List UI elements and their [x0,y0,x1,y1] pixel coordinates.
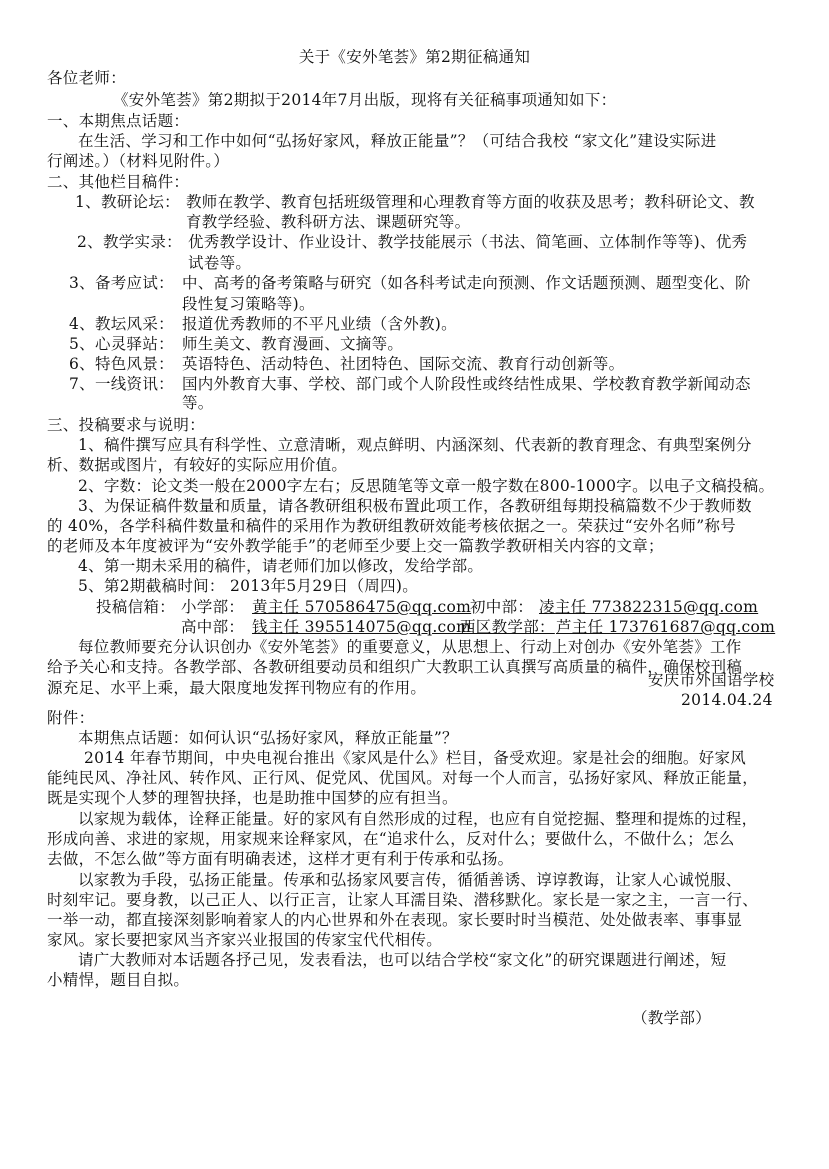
attachment-line: 以家教为手段，弘扬正能量。传承和弘扬家风要言传，循循善诱、谆谆教诲，让家人心诚悦… [78,870,742,890]
signature-date: 2014.04.24 [681,690,773,710]
attachment-line: 时刻牢记。要身教，以己正人、以行正言，让家人耳濡目染、潜移默化。家长是一家之主，… [47,890,758,910]
attachment-signoff: （教学部） [632,1008,711,1028]
email-link-senior[interactable]: 钱主任 395514075@qq.com [252,617,471,637]
item-text: 报道优秀教师的不平凡业绩（含外教)。 [182,314,457,334]
item-text: 试卷等。 [188,253,251,273]
attachment-heading: 附件： [47,708,94,728]
attachment-line: 既是实现个人梦的理智抉择，也是助推中国梦的应有担当。 [47,788,458,808]
section1-heading: 一、本期焦点话题： [47,111,189,131]
closing-line: 给予关心和支持。各教学部、各教研组要动员和组织广大教职工认真撰写高质量的稿件，确… [47,657,742,677]
item-label: 6、特色风景： [69,354,174,374]
attachment-line: 形成向善、求进的家规，用家规来诠释家风，在“追求什么，反对什么；要做什么，不做什… [47,829,735,849]
section1-line: 行阐述。）（材料见附件。） [47,151,229,171]
item-text: 育教学经验、教科研方法、课题研究等。 [186,212,470,232]
item-text: 段性复习策略等)。 [182,294,315,314]
mailbox-label: 投稿信箱： [96,597,175,617]
mailbox-dept: 初中部： [470,597,533,617]
item-text: 教师在教学、教育包括班级管理和心理教育等方面的收获及思考；教科研论文、教 [186,192,755,212]
closing-line: 源充足、水平上乘，最大限度地发挥刊物应有的作用。 [47,678,426,698]
section2-heading: 二、其他栏目稿件： [47,172,189,192]
section3-line: 的 40%，各学科稿件数量和稿件的采用作为教研组教研效能考核依据之一。荣获过“安… [47,516,736,536]
item-text: 优秀教学设计、作业设计、教学技能展示（书法、简笔画、立体制作等等)、优秀 [188,232,747,252]
intro-paragraph: 《安外笔荟》第2期拟于2014年7月出版，现将有关征稿事项通知如下： [113,90,616,110]
attachment-line: 去做，不怎么做”等方面有明确表述，这样才更有利于传承和弘扬。 [47,849,513,869]
attachment-line: 请广大教师对本话题各抒己见，发表看法，也可以结合学校“家文化”的研究课题进行阐述… [78,950,726,970]
mailbox-dept: 小学部： [181,597,244,617]
mailbox-dept-west: 西区教学部： [460,617,555,637]
section3-line: 3、为保证稿件数量和质量，请各教研组积极布置此项工作，各教研组每期投稿篇数不少于… [78,496,752,516]
item-label: 2、教学实录： [77,232,182,252]
section3-heading: 三、投稿要求与说明： [47,415,205,435]
item-text: 等。 [182,393,214,413]
item-label: 7、一线资讯： [69,374,174,394]
mailbox-dept: 高中部： [181,617,244,637]
section3-line: 5、第2期截稿时间： 2013年5月29日（周四)。 [78,576,418,596]
item-label: 4、教坛风采： [69,314,174,334]
document-title: 关于《安外笔荟》第2期征稿通知 [0,47,829,67]
attachment-line: 能纯民风、净社风、转作风、正行风、促党风、优国风。对每一个人而言，弘扬好家风、释… [47,768,758,788]
email-link-west[interactable]: 芦主任 173761687@qq.com [556,617,775,637]
attachment-line: 以家规为载体，诠释正能量。好的家风有自然形成的过程，也应有自觉挖掘、整理和提炼的… [78,809,757,829]
closing-line: 每位教师要充分认识创办《安外笔荟》的重要意义，从思想上、行动上对创办《安外笔荟》… [78,637,742,657]
item-text: 师生美文、教育漫画、文摘等。 [182,334,403,354]
signature-org: 安庆市外国语学校 [648,670,774,690]
salutation: 各位老师： [47,68,126,88]
item-label: 3、备考应试： [69,273,174,293]
section3-line: 1、稿件撰写应具有科学性、立意清晰，观点鲜明、内涵深刻、代表新的教育理念、有典型… [78,435,752,455]
email-link-primary[interactable]: 黄主任 570586475@qq.com [252,597,471,617]
item-label: 1、教研论坛： [75,192,180,212]
section3-line: 的老师及本年度被评为“安外教学能手”的老师至少要上交一篇教学教研相关内容的文章； [47,536,664,556]
attachment-line: 家风。家长要把家风当齐家兴业报国的传家宝代代相传。 [47,930,442,950]
attachment-line: 一举一动，都直接深刻影响着家人的内心世界和外在表现。家长要时时当模范、处处做表率… [47,910,742,930]
section3-line: 4、第一期未采用的稿件，请老师们加以修改，发给学部。 [78,556,483,576]
item-text: 英语特色、活动特色、社团特色、国际交流、教育行动创新等。 [182,354,624,374]
item-label: 5、心灵驿站： [69,334,174,354]
attachment-line: 小精悍，题目自拟。 [47,970,189,990]
section3-line: 析、数据或图片，有较好的实际应用价值。 [47,455,347,475]
section3-line: 2、字数：论文类一般在2000字左右；反思随笔等文章一般字数在800-1000字… [78,476,774,496]
item-text: 国内外教育大事、学校、部门或个人阶段性或终结性成果、学校教育教学新闻动态 [182,374,751,394]
item-text: 中、高考的备考策略与研究（如各科考试走向预测、作文话题预测、题型变化、阶 [182,273,751,293]
attachment-line: 2014 年春节期间，中央电视台推出《家风是什么》栏目，备受欢迎。家是社会的细胞… [84,748,746,768]
section1-line: 在生活、学习和工作中如何“弘扬好家风，释放正能量”？（可结合我校 “家文化”建设… [78,131,717,151]
attachment-topic: 本期焦点话题：如何认识“弘扬好家风，释放正能量”？ [78,728,458,748]
email-link-junior[interactable]: 凌主任 773822315@qq.com [539,597,758,617]
